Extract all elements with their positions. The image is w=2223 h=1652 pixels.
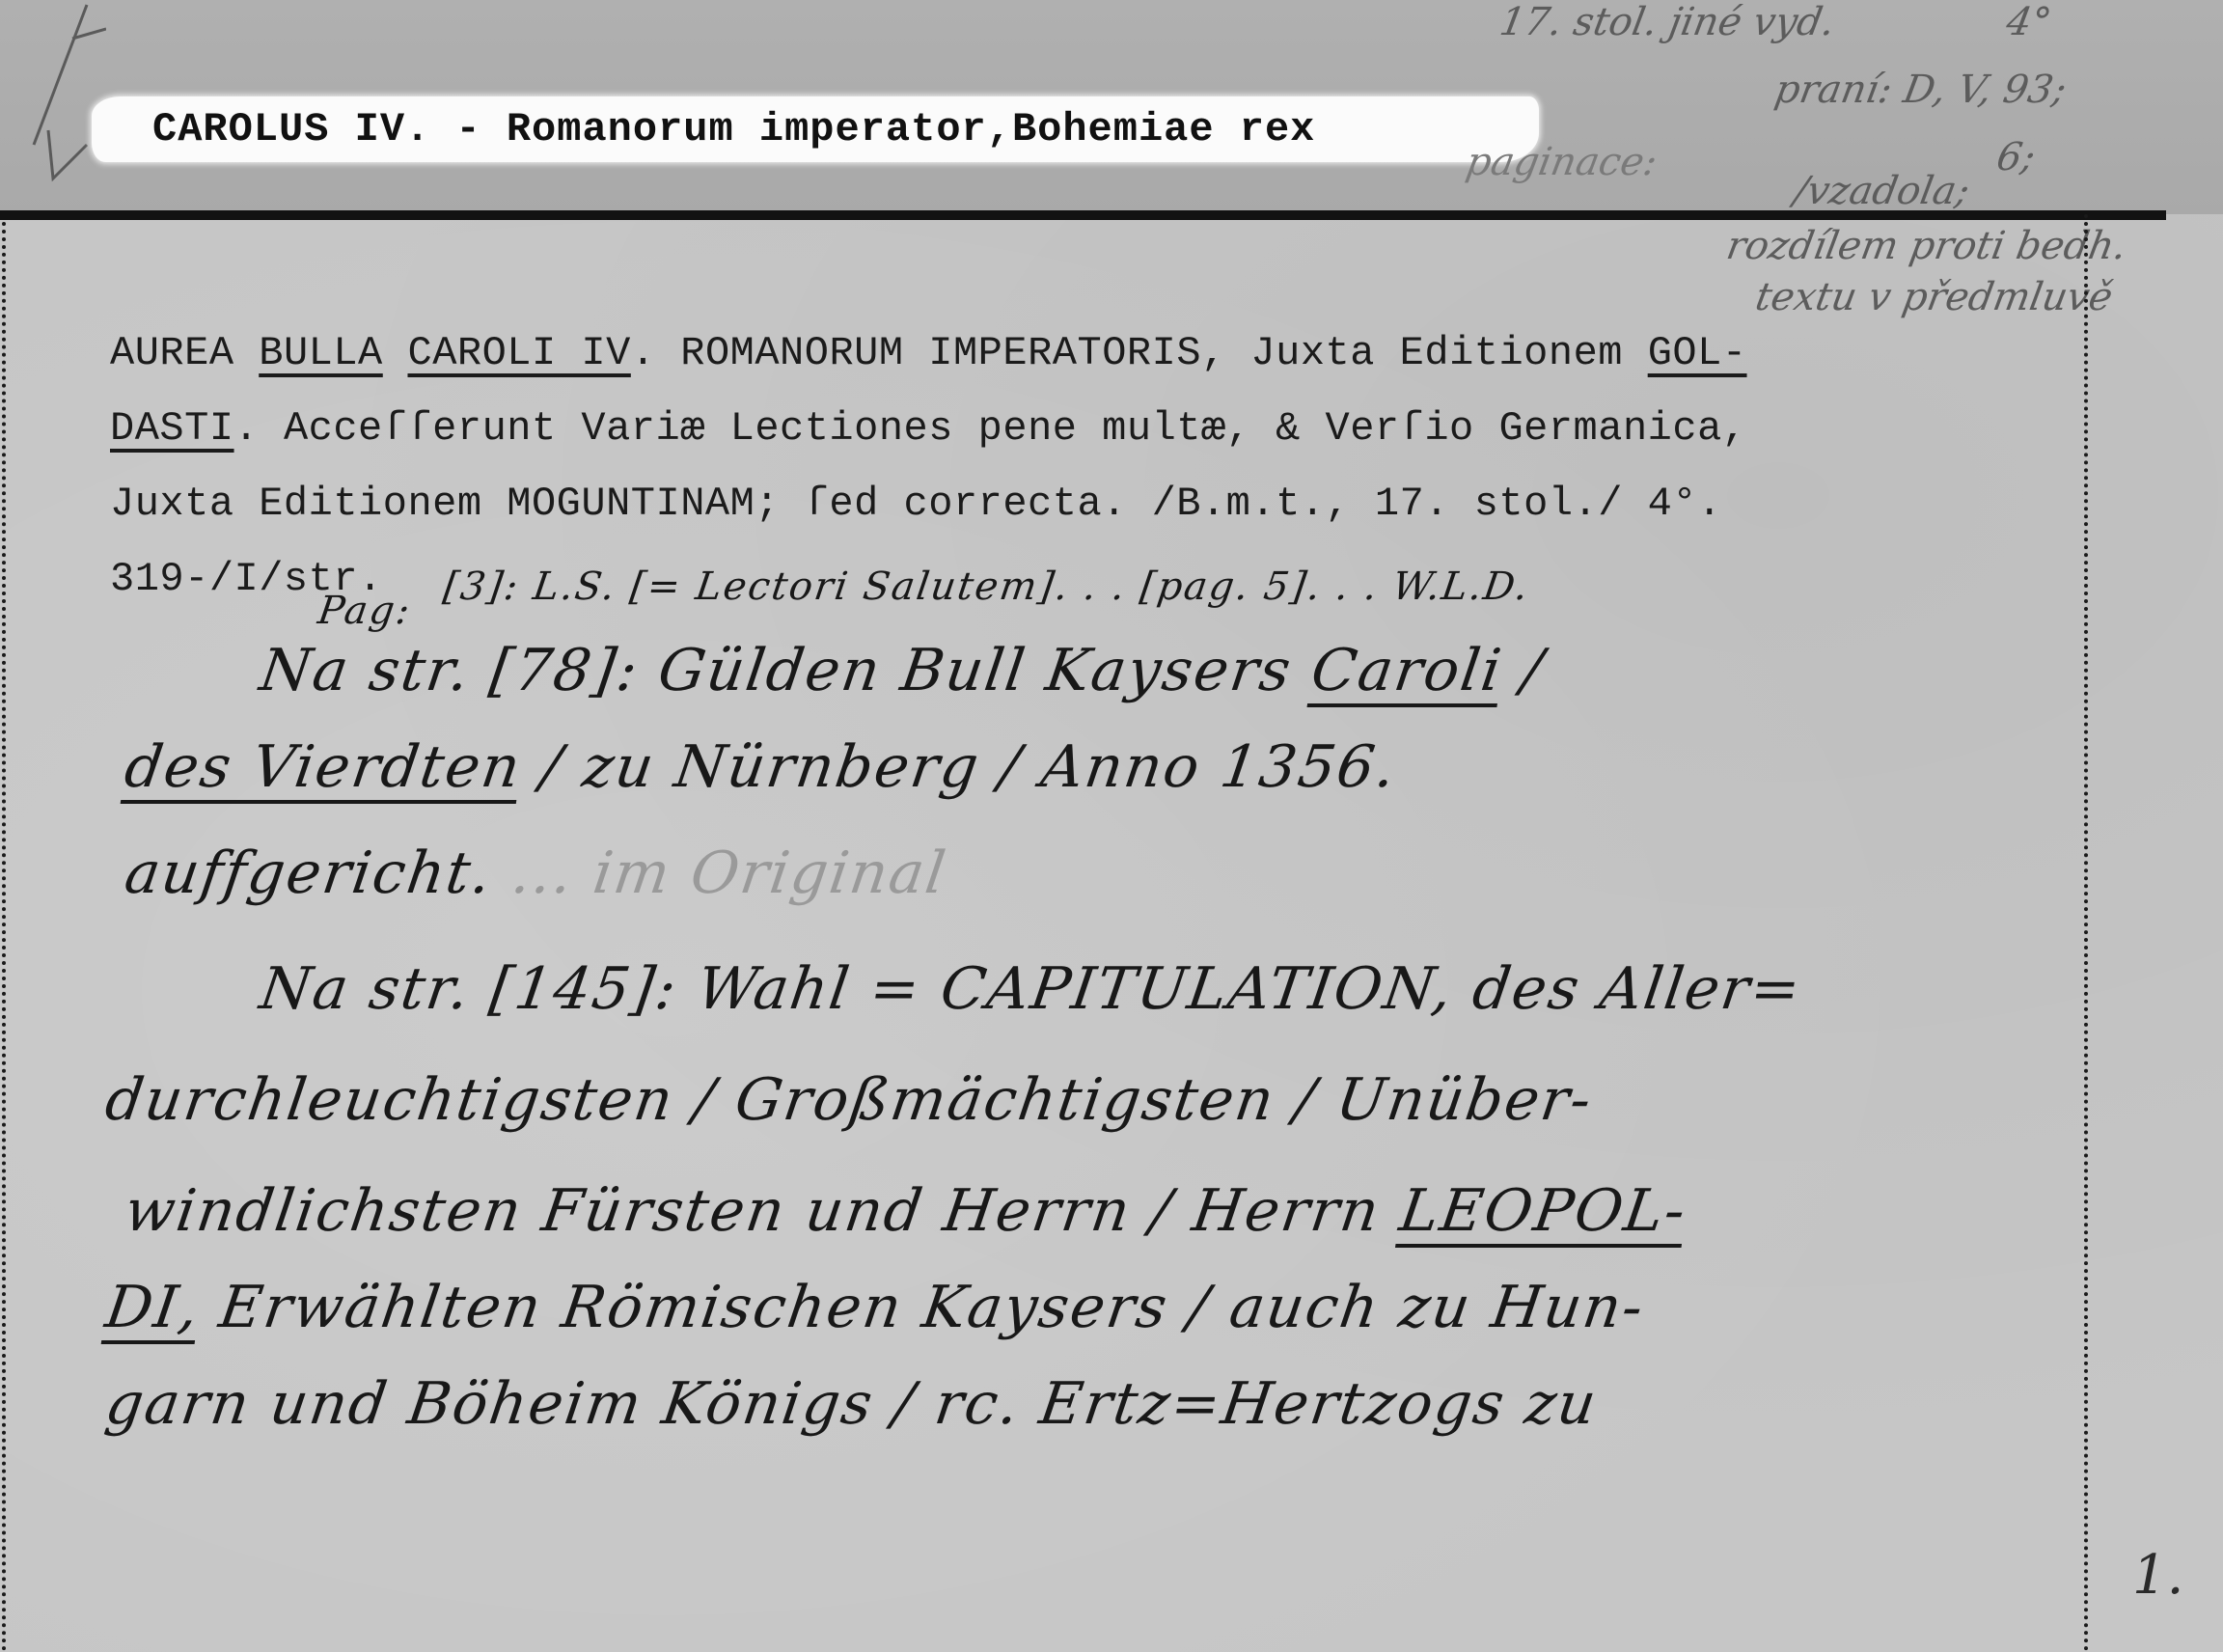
hand-entry2-line3: windlichsten Fürsten und Herrn / Herrn L…	[121, 1177, 1691, 1245]
hand-pag-label: Pag:	[316, 589, 415, 633]
underlined-bulla: BULLA	[259, 330, 383, 376]
typed-line-3: Juxta Editionem MOGUNTINAM; ſed correcta…	[110, 481, 1722, 527]
underlined-gol: GOL-	[1648, 330, 1747, 376]
hand-text: / zu Nürnberg / Anno 1356.	[516, 733, 1401, 801]
hand-entry1-line2: des Vierdten / zu Nürnberg / Anno 1356.	[121, 733, 1401, 801]
hand-ghost-text: ... im Original	[508, 840, 951, 907]
hand-entry2-line2: durchleuchtigsten / Großmächtigsten / Un…	[101, 1066, 1597, 1134]
pencil-note-vzadola: /vzadola;	[1791, 169, 1973, 213]
hand-text: windlichsten Fürsten und Herrn / Herrn	[121, 1177, 1405, 1245]
hand-text: Erwählten Römischen Kaysers / auch zu Hu…	[195, 1274, 1649, 1341]
underlined-des-vierdten: des Vierdten	[121, 733, 526, 801]
pencil-note-paginace: paginace:	[1463, 140, 1660, 184]
underlined-caroli-iv: CAROLI IV	[407, 330, 630, 376]
pencil-note-6: 6;	[1993, 135, 2039, 179]
pencil-note-edition: 17. stol. jiné vyd.	[1496, 0, 1838, 44]
hand-pag-line: [3]: L.S. [= Lectori Salutem]. . . [pag.…	[441, 564, 1533, 609]
header-rule	[0, 210, 2166, 220]
pencil-note-format: 4°	[2003, 0, 2055, 44]
hand-text: /	[1497, 637, 1549, 704]
typed-text: . Acceſſerunt Variæ Lectiones pene multæ…	[234, 405, 1747, 452]
underlined-caroli: Caroli	[1307, 637, 1507, 704]
left-margin-dotted-line	[2, 222, 6, 1652]
underlined-dasti: DASTI	[110, 405, 234, 452]
card-page-number: 1.	[2132, 1544, 2183, 1607]
catalog-card: CAROLUS IV. - Romanorum imperator,Bohemi…	[0, 0, 2223, 1652]
pencil-note-rozdilem: rozdílem proti bedh.	[1723, 224, 2130, 268]
underlined-di: DI,	[101, 1274, 205, 1341]
typed-text: . ROMANORUM IMPERATORIS, Juxta Editionem	[631, 330, 1648, 376]
hand-text: auffgericht.	[121, 840, 497, 907]
underlined-leopol: LEOPOL-	[1395, 1177, 1690, 1245]
hand-entry1-line3: auffgericht. ... im Original	[121, 840, 951, 907]
typed-text: AUREA	[110, 330, 259, 376]
pencil-note-prani: praní: D, V, 93;	[1771, 68, 2070, 112]
typed-text	[383, 330, 408, 376]
hand-entry1-line1: Na str. [78]: Gülden Bull Kaysers Caroli…	[256, 637, 1549, 704]
hand-entry2-line4: DI, Erwählten Römischen Kaysers / auch z…	[101, 1274, 1649, 1341]
card-heading: CAROLUS IV. - Romanorum imperator,Bohemi…	[152, 106, 1315, 152]
right-margin-dotted-line	[2084, 214, 2088, 1652]
hand-text: Na str. [78]: Gülden Bull Kaysers	[256, 637, 1317, 704]
typed-line-1: AUREA BULLA CAROLI IV. ROMANORUM IMPERAT…	[110, 330, 1747, 376]
pencil-note-textu: textu v předmluvě	[1752, 275, 2116, 319]
typed-line-2: DASTI. Acceſſerunt Variæ Lectiones pene …	[110, 405, 1746, 452]
hand-entry2-line1: Na str. [145]: Wahl = CAPITULATION, des …	[256, 955, 1806, 1023]
hand-entry2-line5: garn und Böheim Königs / rc. Ertz=Hertzo…	[101, 1370, 1602, 1438]
pencil-margin-mark-icon	[19, 0, 106, 193]
